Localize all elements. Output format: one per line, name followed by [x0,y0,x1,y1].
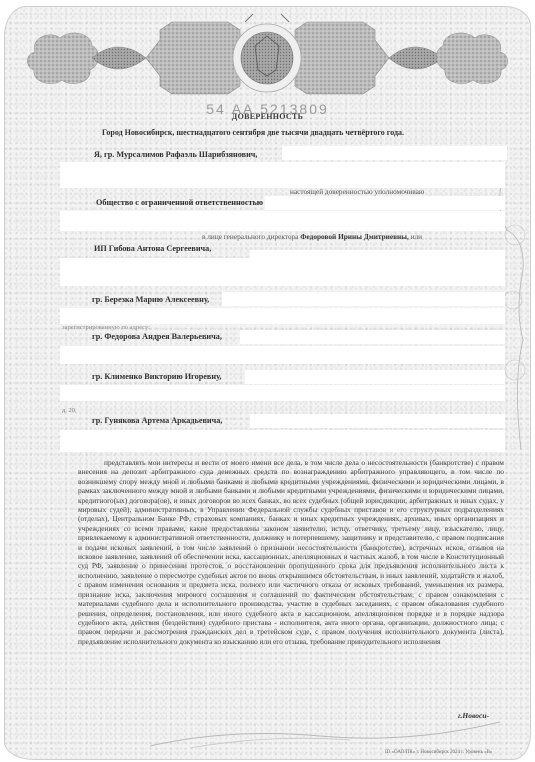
director-name: Федоровой Ирины Дмитриевны, [300,232,409,241]
document-title: ДОВЕРЕННОСТЬ [0,112,535,121]
principal-name: Я, гр. Мурсалимов Рафаэль Шарибзянович, [94,150,257,159]
redacted-block [250,414,505,428]
redacted-block [60,162,505,188]
redacted-block [60,211,505,231]
place-and-date: Город Новосибирск, шестнадцатого сентябр… [102,128,404,137]
redacted-block [60,385,505,401]
guilloche-ornament-icon [0,0,535,110]
redacted-block [60,258,260,286]
redacted-block [222,292,505,306]
redacted-block [282,146,507,160]
redacted-block [60,346,505,364]
redacted-block [60,430,505,452]
or-text: или [411,232,422,241]
representative-2: гр. Березка Марию Алексеевну, [92,295,209,304]
address-fragment: зарегистрированную по адресу: [62,324,150,331]
redacted-block [240,330,505,344]
representative-5: гр. Гунякова Артема Аркадьевича, [92,416,222,425]
representative-4: гр. Клименко Викторию Игоревну, [92,372,221,381]
powers-paragraph: представлять мои интересы и вести от мое… [78,458,504,646]
director-text: в лице генерального директора [202,232,298,241]
redacted-block [245,370,505,384]
redacted-block [265,196,505,210]
representative-1: ИП Гибова Антона Сергеевича, [94,244,211,253]
authorize-text: настоящей доверенностью уполномочиваю [290,187,424,196]
representative-3: гр. Федорова Андрея Валерьевича, [92,332,222,341]
redacted-block [250,250,505,286]
director-prefix: в лице генерального директора Федоровой … [202,232,422,241]
wave-ornament-icon [150,718,500,748]
redacted-block [60,308,505,324]
footer-note: ID «ОАО/ПК» г. Новосибирск 2024 г. Урове… [385,750,492,755]
house-fragment: д. 20, [62,407,77,414]
